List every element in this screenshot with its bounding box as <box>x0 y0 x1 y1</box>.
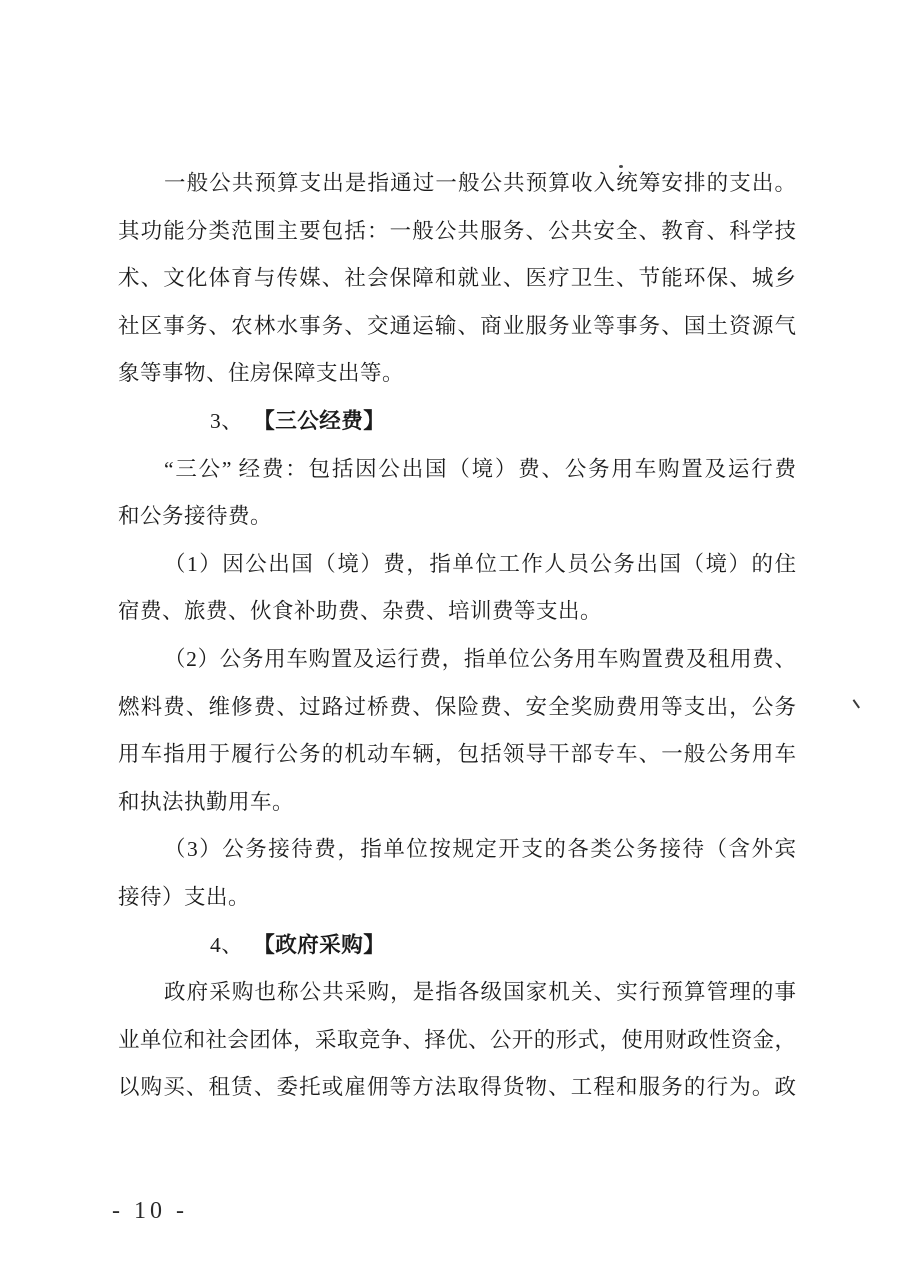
text-line: “三公” 经费：包括因公出国（境）费、公务用车购置及运行费 <box>118 446 796 494</box>
section-number: 4、 <box>164 922 243 970</box>
section-number: 3、 <box>164 398 243 446</box>
section-title: 【政府采购】 <box>253 933 385 957</box>
text-line: 社区事务、农林水事务、交通运输、商业服务业等事务、国土资源气 <box>118 303 796 351</box>
text-line: （2）公务用车购置及运行费，指单位公务用车购置费及租用费、 <box>118 636 796 684</box>
body-text: 一般公共预算支出是指通过一般公共预算收入统筹安排的支出。 其功能分类范围主要包括… <box>118 160 796 1112</box>
scan-artifact-tick <box>853 697 863 708</box>
section-title: 【三公经费】 <box>253 409 385 433</box>
text-line: 以购买、租赁、委托或雇佣等方法取得货物、工程和服务的行为。政 <box>118 1064 796 1112</box>
document-page: 一般公共预算支出是指通过一般公共预算收入统筹安排的支出。 其功能分类范围主要包括… <box>0 0 910 1287</box>
text-line: 术、文化体育与传媒、社会保障和就业、医疗卫生、节能环保、城乡 <box>118 255 796 303</box>
text-line: 象等事物、住房保障支出等。 <box>118 350 796 398</box>
page-number: - 10 - <box>112 1198 188 1225</box>
text-line: 用车指用于履行公务的机动车辆，包括领导干部专车、一般公务用车 <box>118 731 796 779</box>
text-line: 燃料费、维修费、过路过桥费、保险费、安全奖励费用等支出，公务 <box>118 684 796 732</box>
text-line: 接待）支出。 <box>118 874 796 922</box>
text-line: 其功能分类范围主要包括：一般公共服务、公共安全、教育、科学技 <box>118 208 796 256</box>
text-line: 宿费、旅费、伙食补助费、杂费、培训费等支出。 <box>118 588 796 636</box>
text-line: 一般公共预算支出是指通过一般公共预算收入统筹安排的支出。 <box>118 160 796 208</box>
text-line: 政府采购也称公共采购，是指各级国家机关、实行预算管理的事 <box>118 969 796 1017</box>
text-line: （3）公务接待费，指单位按规定开支的各类公务接待（含外宾 <box>118 826 796 874</box>
text-line: （1）因公出国（境）费，指单位工作人员公务出国（境）的住 <box>118 541 796 589</box>
section-heading-3: 3、【三公经费】 <box>118 398 796 446</box>
section-heading-4: 4、【政府采购】 <box>118 922 796 970</box>
text-line: 和执法执勤用车。 <box>118 779 796 827</box>
text-line: 业单位和社会团体，采取竞争、择优、公开的形式，使用财政性资金， <box>118 1017 796 1065</box>
text-line: 和公务接待费。 <box>118 493 796 541</box>
